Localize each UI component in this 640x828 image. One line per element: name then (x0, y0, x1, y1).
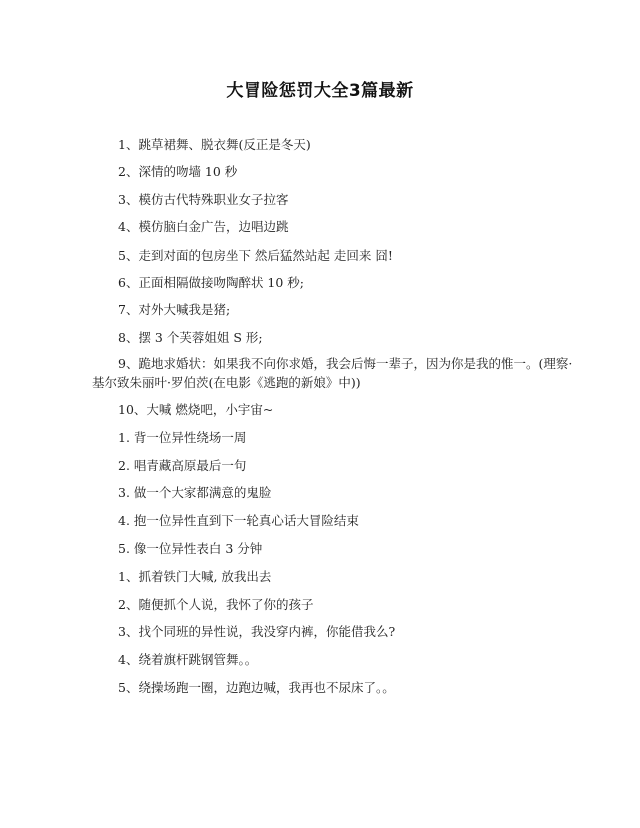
list-item: 3、模仿古代特殊职业女子拉客 (118, 190, 288, 208)
list-item: 1、跳草裙舞、脱衣舞(反正是冬天) (118, 135, 311, 153)
document-title: 大冒险惩罚大全3篇最新 (0, 76, 640, 101)
list-item: 5、绕操场跑一圈，边跑边喊，我再也不尿床了。。 (118, 678, 395, 696)
list-item: 8、摆 3 个芙蓉姐姐 S 形; (118, 328, 263, 346)
list-item: 5. 像一位异性表白 3 分钟 (118, 539, 262, 557)
list-item-continuation: 基尔致朱丽叶·罗伯茨(在电影《逃跑的新娘》中)) (92, 373, 361, 391)
list-item: 2. 唱青藏高原最后一句 (118, 456, 246, 474)
list-item: 4、绕着旗杆跳钢管舞。。 (118, 650, 257, 668)
list-item: 3、找个同班的异性说，我没穿内裤，你能借我么? (118, 622, 395, 640)
list-item: 6、正面相隔做接吻陶醉状 10 秒; (118, 273, 304, 291)
list-item: 1、抓着铁门大喊, 放我出去 (118, 567, 271, 585)
list-item: 1. 背一位异性绕场一周 (118, 428, 246, 446)
list-item: 2、随便抓个人说，我怀了你的孩子 (118, 595, 313, 613)
list-item: 5、走到对面的包房坐下 然后猛然站起 走回来 囧! (118, 246, 393, 264)
list-item: 2、深情的吻墙 10 秒 (118, 162, 237, 180)
list-item: 10、大喊 燃烧吧，小宇宙~ (118, 400, 273, 418)
list-item: 7、对外大喊我是猪; (118, 300, 230, 318)
list-item: 4. 抱一位异性直到下一轮真心话大冒险结束 (118, 511, 359, 529)
list-item: 4、模仿脑白金广告，边唱边跳 (118, 217, 288, 235)
list-item: 3. 做一个大家都满意的鬼脸 (118, 483, 271, 501)
list-item: 9、跪地求婚状：如果我不向你求婚，我会后悔一辈子，因为你是我的惟一。(理察· (118, 354, 572, 372)
